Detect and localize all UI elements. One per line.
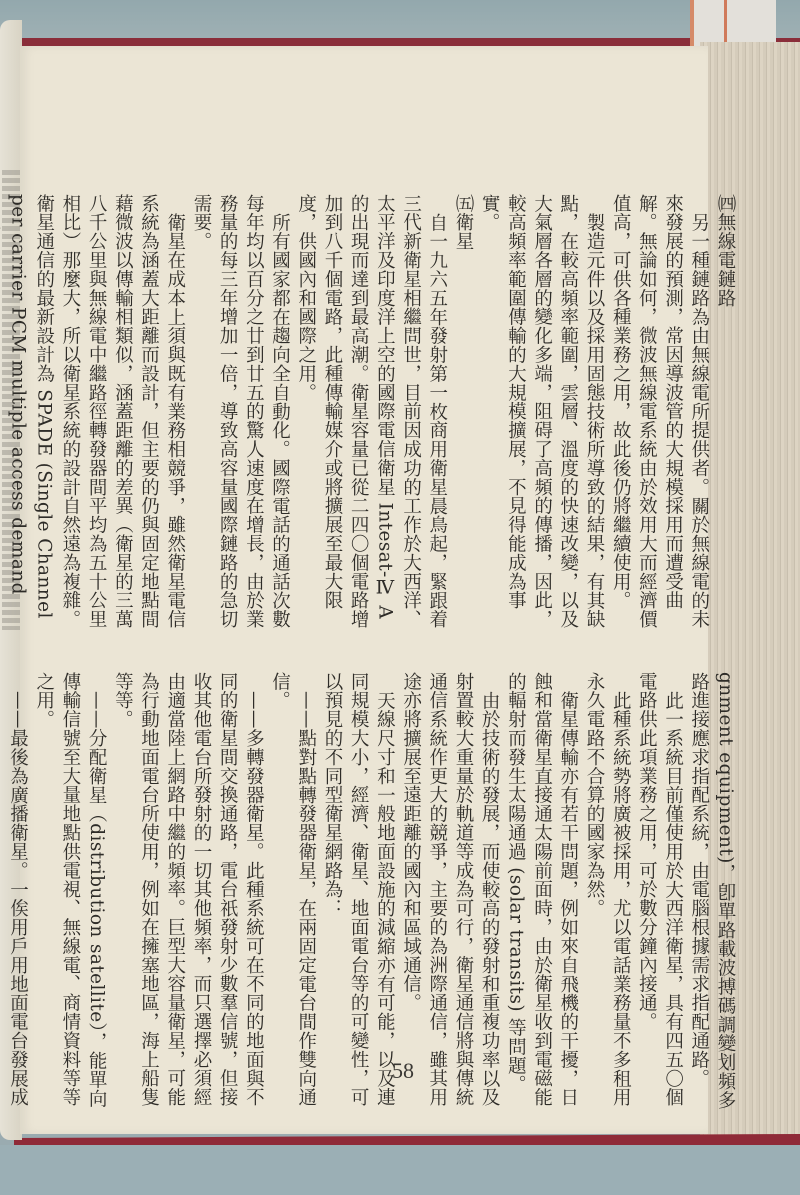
page-number: 58 xyxy=(378,1058,428,1084)
paragraph: 製造元件以及採用固態技術所導致的結果，有其缺點，在較高頻率範圍，雲層、溫度的快速… xyxy=(476,194,607,634)
section-heading-satellite: ㈤衛星 xyxy=(450,194,476,634)
paragraph: 另一種鏈路為由無線電所提供者。關於無線電的未來發展的預測，常因導波管的大規模採用… xyxy=(607,194,712,634)
list-item: ——分配衛星（distribution satellite），能單向傳輸信號至大… xyxy=(31,672,110,1112)
paragraph: 自一九六五年發射第一枚商用衛星晨鳥起，緊跟着三代新衛星相繼問世，目前因成功的工作… xyxy=(293,194,450,634)
page-text-area: ㈣無線電鏈路 另一種鏈路為由無線電所提供者。關於無線電的未來發展的預測，常因導波… xyxy=(86,194,738,1106)
paragraph: 衛星在成本上須與既有業務相競爭，雖然衛星電信系統為涵蓋大距離而設計，但主要的仍與… xyxy=(0,194,188,634)
top-text-block: ㈣無線電鏈路 另一種鏈路為由無線電所提供者。關於無線電的未來發展的預測，常因導波… xyxy=(86,194,738,634)
background-bottom xyxy=(0,1145,800,1195)
paragraph: gnment equipment)，卽單路載波搏碼調變划頻多路進接應求指配系統，… xyxy=(686,672,738,1112)
list-item: ——多轉發器衛星。此種系統可在不同的地面與不同的衛星間交換通路，電台祇發射少數羣… xyxy=(109,672,266,1112)
paragraph: 此種系統勢將廣被採用，尤以電話業務量不多租用永久電路不合算的國家為然。 xyxy=(581,672,633,1112)
paragraph: 衛星傳輸亦有若干問題，例如來自飛機的干擾，日蝕和當衛星直接通太陽前面時，由於衛星… xyxy=(502,672,581,1112)
paragraph: 由於技術的發展，而使較高的發射和重複功率以及射置較大重量於軌道等成為可行，衛星通… xyxy=(397,672,502,1112)
paragraph: 所有國家都在趨向全自動化。國際電話的通話次數每年均以百分之廿到廿五的驚人速度在增… xyxy=(188,194,293,634)
paragraph: 天線尺寸和一般地面設施的減縮亦有可能，以及連同規模大小，經濟、衛星、地面電台等的… xyxy=(319,672,398,1112)
list-item: ——點對點轉發器衛星，在兩固定電台間作雙向通信。 xyxy=(266,672,318,1112)
book-page: ㈣無線電鏈路 另一種鏈路為由無線電所提供者。關於無線電的未來發展的預測，常因導波… xyxy=(20,46,708,1134)
paragraph: 此一系統目前僅使用於大西洋衛星，具有四五〇個電路供此項業務之用，可於數分鐘內接通… xyxy=(633,672,685,1112)
section-heading-radio-links: ㈣無線電鏈路 xyxy=(712,194,738,634)
list-item: ——最後為廣播衛星。一俟用戶用地面電台發展成 xyxy=(4,672,30,1112)
bottom-text-block: gnment equipment)，卽單路載波搏碼調變划頻多路進接應求指配系統，… xyxy=(86,672,738,1112)
